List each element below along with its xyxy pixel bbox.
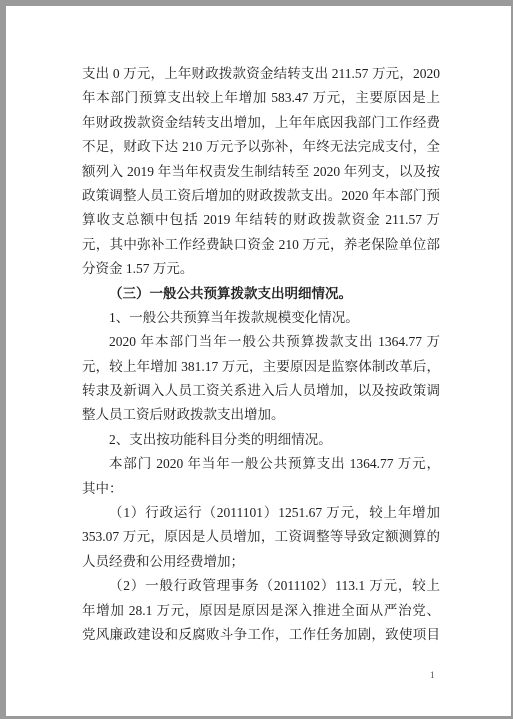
doc-line: 2020 年本部门当年一般公共预算拨款支出 1364.77 万 [82,330,440,354]
doc-line: 分资金 1.57 万元。 [82,257,440,281]
sub-heading: 1、一般公共预算当年拨款规模变化情况。 [82,306,440,330]
doc-line: 政策调整人员工资后增加的财政拨款支出。2020 年本部门预 [82,184,440,208]
section-heading: （三）一般公共预算拨款支出明细情况。 [82,282,440,306]
document-page: 支出 0 万元，上年财政拨款资金结转支出 211.57 万元，2020 年本部门… [6,6,511,716]
document-body: 支出 0 万元，上年财政拨款资金结转支出 211.57 万元，2020 年本部门… [82,62,440,647]
doc-line: 人员经费和公用经费增加； [82,550,440,574]
doc-line: 支出 0 万元，上年财政拨款资金结转支出 211.57 万元，2020 [82,62,440,86]
doc-line: 年增加 28.1 万元，原因是原因是深入推进全面从严治党、 [82,599,440,623]
doc-line: （2）一般行政管理事务（2011102）113.1 万元，较上 [82,574,440,598]
doc-line: 不足，财政下达 210 万元予以弥补，年终无法完成支付，全 [82,135,440,159]
doc-line: 年财政拨款资金结转支出增加，上年年底因我部门工作经费 [82,111,440,135]
page-number: 1 [430,669,435,681]
doc-line: 元，较上年增加 381.17 万元，主要原因是监察体制改革后， [82,355,440,379]
doc-line: 党风廉政建设和反腐败斗争工作，工作任务加剧，致使项目 [82,623,440,647]
sub-heading: 2、支出按功能科目分类的明细情况。 [82,428,440,452]
document-viewer: { "doc": { "lines": [ {"text": "支出 0 万元，… [0,0,513,719]
doc-line: 转隶及新调入人员工资关系进入后人员增加，以及按政策调 [82,379,440,403]
doc-line: 整人员工资后财政拨款支出增加。 [82,403,440,427]
doc-line: 353.07 万元，原因是人员增加，工资调整等导致定额测算的 [82,525,440,549]
doc-line: 算收支总额中包括 2019 年结转的财政拨款资金 211.57 万 [82,208,440,232]
doc-line: （1）行政运行（2011101）1251.67 万元，较上年增加 [82,501,440,525]
doc-line: 本部门 2020 年当年一般公共预算支出 1364.77 万元， [82,452,440,476]
doc-line: 元，其中弥补工作经费缺口资金 210 万元，养老保险单位部 [82,233,440,257]
doc-line: 额列入 2019 年当年权责发生制结转至 2020 年列支，以及按 [82,160,440,184]
doc-line: 年本部门预算支出较上年增加 583.47 万元，主要原因是上 [82,86,440,110]
doc-line: 其中： [82,477,440,501]
